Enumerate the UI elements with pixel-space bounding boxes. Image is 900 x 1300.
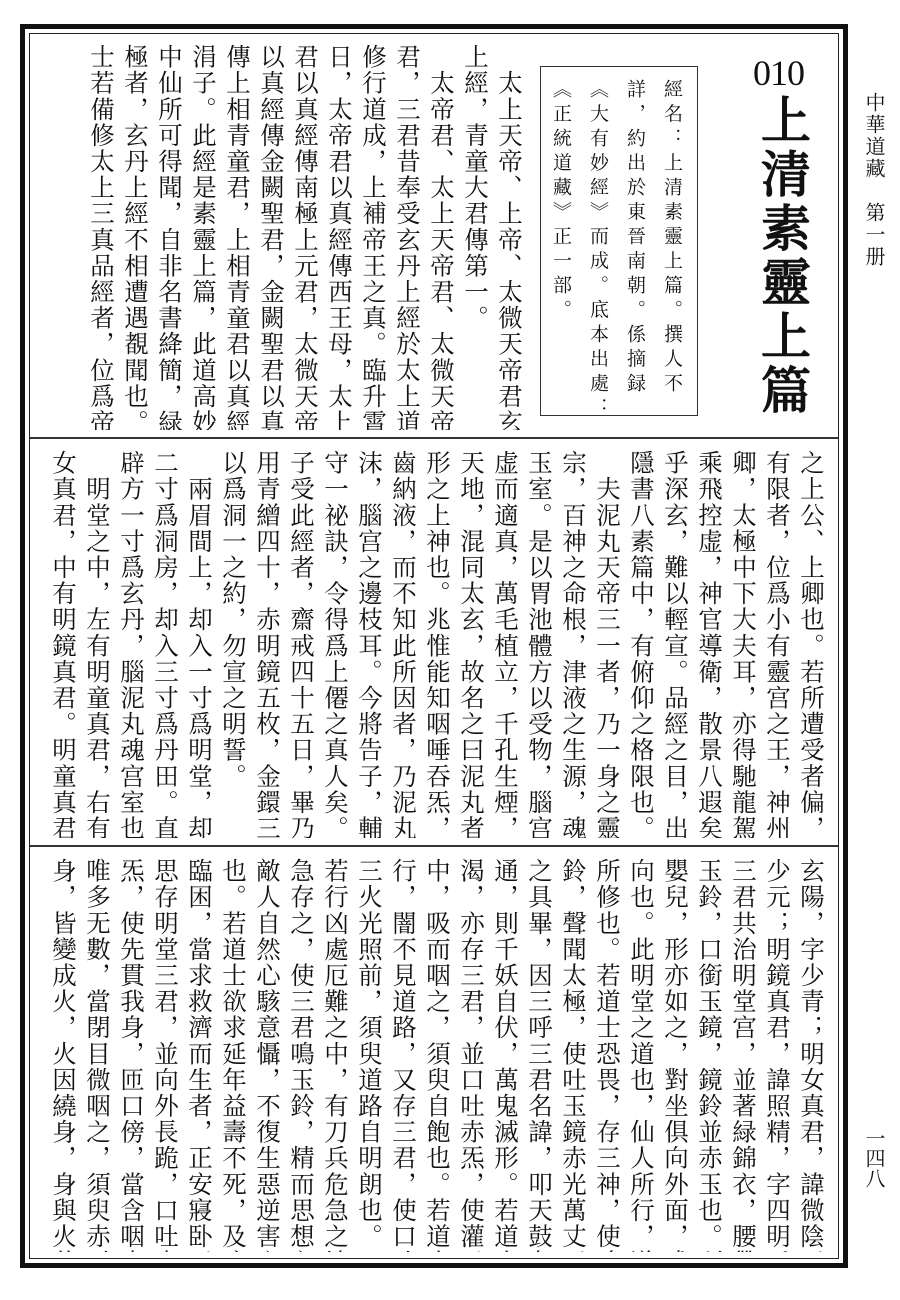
text-column: 乘飛控虚，神官導衛，散景八遐矣。微: [692, 450, 726, 838]
text-column: 有限者，位爲小有靈宫之王，神州之: [760, 450, 794, 838]
text-column: 以真經傳金闕聖君，金闕聖君以真經: [254, 44, 288, 430]
info-line: 《大有妙經》而成。底本出處：: [580, 79, 615, 403]
text-column: 傳上相青童君，上相青童君以真經傳: [220, 44, 254, 430]
section-middle: 之上公、上卿也。若所遭受者偏，聞道 有限者，位爲小有靈宫之王，神州之 卿，太極中…: [30, 440, 838, 844]
text-column: 日，太帝君以真經傳西王母，太上天帝: [322, 44, 356, 430]
text-column: 以爲洞一之約，勿宣之明誓。: [216, 450, 250, 838]
text-column: 上經，青童大君傳第一。: [458, 44, 492, 430]
text-column: 君，三君昔奉受玄丹上經於太上道君，: [390, 44, 424, 430]
text-column: 兩眉間上，却入一寸爲明堂，却入: [182, 450, 216, 838]
text-column: 女真君，中有明鏡真君。明童真君諱: [46, 450, 80, 838]
text-column: 若行凶處厄難之中，有刀兵危急之地，: [318, 858, 352, 1252]
text-column: 玉鈴，口銜玉鏡，鏡鈴並赤玉也。頭如: [692, 858, 726, 1252]
text-column: 身，皆變成火，火因繞身，身與火共作: [46, 858, 80, 1252]
text-column: 二寸爲洞房，却入三寸爲丹田。直上: [148, 450, 182, 838]
text-column: 中仙所可得聞，自非名書絳簡，緑字太: [152, 44, 186, 430]
text-column: 也。若道士欲求延年益壽不死，及病: [216, 858, 250, 1252]
section-top: 010 上清素靈上篇 經名：上清素靈上篇。撰人不 詳，約出於東晉南朝。係摘録 《…: [30, 34, 838, 436]
text-column: 玄陽，字少青；明女真君，諱微陰，字: [794, 858, 828, 1252]
text-column: 思存明堂三君，並向外長跪，口吐赤: [148, 858, 182, 1252]
text-column: 守一祕訣，令得爲上僊之真人矣。弟: [318, 450, 352, 838]
text-column: 士若備修太上三真品經者，位爲帝皇: [84, 44, 118, 430]
bottom-text-columns: 玄陽，字少青；明女真君，諱微陰，字 少元；明鏡真君，諱照精，字四明。此 三君共治…: [34, 858, 828, 1252]
info-box: 經名：上清素靈上篇。撰人不 詳，約出於東晉南朝。係摘録 《大有妙經》而成。底本出…: [540, 66, 698, 416]
text-column: 修行道成，上補帝王之真。臨升霄之: [356, 44, 390, 430]
series-volume-label: 中華道藏 第一册: [862, 92, 886, 268]
info-line: 詳，約出於東晉南朝。係摘録: [617, 79, 652, 403]
text-column: 所修也。若道士恐畏，存三神，使鳴玉: [590, 858, 624, 1252]
text-column: 通，則千妖自伏，萬鬼滅形。若道士饑: [488, 858, 522, 1252]
text-column: 太帝君、太上天帝君、太微天帝: [424, 44, 458, 430]
text-column: 夫泥丸天帝三一者，乃一身之靈: [590, 450, 624, 838]
text-column: 宗，百神之命根，津液之生源，魂精之: [556, 450, 590, 838]
text-column: 天地，混同太玄，故名之曰泥丸者，軀: [454, 450, 488, 838]
text-column: 辟方一寸爲玄丹，腦泥丸魂宫室也。: [114, 450, 148, 838]
text-column: 三君共治明堂宫，並著緑錦衣，腰帶四: [726, 858, 760, 1252]
text-column: 隱書八素篇中，有俯仰之格限也。: [624, 450, 658, 838]
section-divider-1: [30, 437, 838, 439]
text-column: 鈴，聲聞太極，使吐玉鏡赤光萬丈，存: [556, 858, 590, 1252]
text-column: 君以真經傳南極上元君，太微天帝君: [288, 44, 322, 430]
text-column: 之具畢，因三呼三君名諱，叩天鼓九: [522, 858, 556, 1252]
text-column: 行，闇不見道路，又存三君，使口吐出: [386, 858, 420, 1252]
middle-text-columns: 之上公、上卿也。若所遭受者偏，聞道 有限者，位爲小有靈宫之王，神州之 卿，太極中…: [34, 450, 828, 838]
entry-number: 010: [753, 52, 804, 94]
text-column: 太上天帝、上帝、太微天帝君玄丹: [492, 44, 526, 430]
text-column: 之上公、上卿也。若所遭受者偏，聞道: [794, 450, 828, 838]
text-column: 臨困，當求救濟而生者，正安寢卧，精: [182, 858, 216, 1252]
text-column: 敵人自然心駭意懾，不復生惡逆害心: [250, 858, 284, 1252]
text-column: 虚而適真，萬毛植立，千孔生煙，德備: [488, 450, 522, 838]
info-line: 《正統道藏》正一部。: [543, 79, 578, 403]
text-column: 齒納液，而不知此所因者，乃泥丸之流: [386, 450, 420, 838]
text-column: 渴，亦存三君，並口吐赤炁，使灌己口: [454, 858, 488, 1252]
text-column: 乎深玄，難以輕宣。品經之目，出太上: [658, 450, 692, 838]
text-column: 極者，玄丹上經不相遭遇覩聞也。道: [118, 44, 152, 430]
top-text-columns: 太上天帝、上帝、太微天帝君玄丹 上經，青童大君傳第一。 太帝君、太上天帝君、太微…: [34, 44, 526, 430]
text-column: 嬰兒，形亦如之，對坐俱向外面，或相: [658, 858, 692, 1252]
text-column: 三火光照前，須臾道路自明朗也。又: [352, 858, 386, 1252]
text-column: 急存之，使三君鳴玉鈴，精而思想之，: [284, 858, 318, 1252]
text-column: 玉室。是以胃池體方以受物，腦宫員: [522, 450, 556, 838]
text-column: 炁，使先貫我身，匝口傍，當含咽赤炁，: [114, 858, 148, 1252]
text-column: 中，吸而咽之，須臾自飽也。若道士夜: [420, 858, 454, 1252]
text-column: 少元；明鏡真君，諱照精，字四明。此: [760, 858, 794, 1252]
text-column: 涓子。此經是素靈上篇，此道高妙，非: [186, 44, 220, 430]
text-column: 明堂之中，左有明童真君，右有明: [80, 450, 114, 838]
text-column: 卿，太極中下大夫耳，亦得馳龍駕雲，: [726, 450, 760, 838]
text-column: 形之上神也。兆惟能知咽唾吞炁，鳴: [420, 450, 454, 838]
text-column: 用青繒四十，赤明鏡五枚，金鐶三雙，: [250, 450, 284, 838]
info-line: 經名：上清素靈上篇。撰人不: [654, 79, 689, 403]
text-column: 唯多无數，當閉目微咽之，須臾赤炁繞: [80, 858, 114, 1252]
entry-title: 上清素靈上篇: [754, 94, 810, 418]
text-column: 向也。此明堂之道也，仙人所行，道德: [624, 858, 658, 1252]
text-column: 子受此經者，齋戒四十五日，畢乃傳，: [284, 450, 318, 838]
text-column: 沫，腦宫之邊枝耳。今將告子，輔趣彼: [352, 450, 386, 838]
page-number: 一四八: [862, 1128, 886, 1188]
section-divider-2: [30, 845, 838, 847]
section-bottom: 玄陽，字少青；明女真君，諱微陰，字 少元；明鏡真君，諱照精，字四明。此 三君共治…: [30, 848, 838, 1258]
